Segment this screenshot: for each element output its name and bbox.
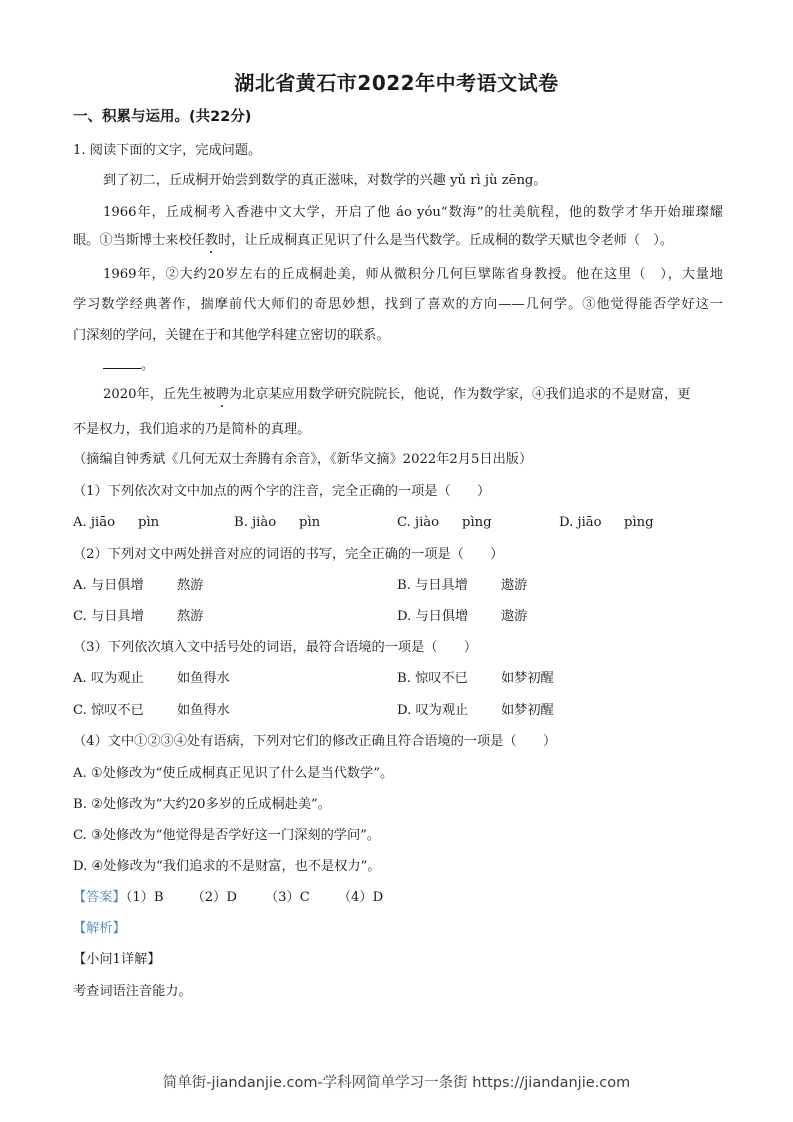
- option-c[interactable]: C. 惊叹不已 如鱼得水: [73, 702, 144, 720]
- option-d[interactable]: D. 与日俱增 遨游: [397, 608, 468, 626]
- option-label: C. 与日具增: [73, 609, 144, 624]
- option-second: 熬游: [177, 577, 203, 595]
- question-2-prompt: （2）下列对文中两处拼音对应的词语的书写，完全正确的一项是（ ）: [73, 546, 503, 564]
- answer-tag: 【答案】: [73, 890, 126, 905]
- option-second: 如梦初醒: [501, 702, 554, 720]
- section-heading: 一、积累与运用。(共22分): [73, 108, 251, 126]
- passage-paragraph-2-line-2: 眼。①当斯博士来校任教时，让丘成桐真正见识了什么是当代数学。丘成桐的数学天赋也令…: [73, 232, 673, 250]
- question-4-option-d[interactable]: D. ④处修改为“我们追求的不是财富，也不是权力”。: [73, 858, 381, 876]
- question-4-prompt: （4）文中①②③④处有语病，下列对它们的修改正确且符合语境的一项是（ ）: [73, 733, 556, 751]
- option-b[interactable]: B. 与日具增 遨游: [397, 577, 468, 595]
- text-segment: 眼。①当斯博士来校任: [73, 233, 205, 248]
- analysis-text: 考查词语注音能力。: [73, 983, 192, 1001]
- option-label: B. jiào: [234, 515, 276, 530]
- option-second: 如鱼得水: [177, 702, 230, 720]
- option-label: D. 与日俱增: [397, 609, 468, 624]
- answer-item: （2）D: [192, 890, 237, 905]
- option-second: 如梦初醒: [501, 670, 554, 688]
- option-d[interactable]: D. 叹为观止 如梦初醒: [397, 702, 468, 720]
- option-a[interactable]: A. 叹为观止 如鱼得水: [73, 670, 144, 688]
- question-1-prompt: （1）下列依次对文中加点的两个字的注音，完全正确的一项是（ ）: [73, 483, 490, 501]
- option-second: 如鱼得水: [177, 670, 230, 688]
- answer-item: （4）D: [338, 890, 383, 905]
- option-label: D. jiāo: [559, 515, 602, 530]
- passage-paragraph-3-line-2: 学习数学经典著作，揣摩前代大师们的奇思妙想，找到了喜欢的方向——几何学。③他觉得…: [73, 296, 723, 314]
- page-title: 湖北省黄石市2022年中考语文试卷: [0, 67, 793, 96]
- option-label: C. jiào: [397, 515, 439, 530]
- passage-paragraph-3-line-3: 门深刻的学问，关键在于和其他学科建立密切的联系。: [73, 327, 390, 345]
- option-second: pìn: [299, 514, 320, 532]
- passage-paragraph-4-line-1: 2020年，丘先生被聘为北京某应用数学研究院院长，他说，作为数学家，④我们追求的…: [103, 386, 723, 404]
- fill-in-blank: 。: [103, 357, 154, 375]
- analysis-sub-heading: 【小问1详解】: [73, 951, 161, 969]
- option-a[interactable]: A. 与日俱增 熬游: [73, 577, 144, 595]
- blank-suffix: 。: [141, 358, 154, 373]
- option-label: B. 惊叹不已: [397, 671, 468, 686]
- question-intro: 1. 阅读下面的文字，完成问题。: [73, 142, 261, 160]
- text-segment: 2020年，丘先生被: [103, 387, 216, 402]
- option-a[interactable]: A. jiāo pìn: [73, 514, 115, 532]
- passage-paragraph-3-line-1: 1969年，②大约20岁左右的丘成桐赴美，师从微积分几何巨擘陈省身教授。他在这里…: [103, 266, 723, 284]
- question-3-prompt: （3）下列依次填入文中括号处的词语，最符合语境的一项是（ ）: [73, 639, 477, 657]
- option-c[interactable]: C. 与日具增 熬游: [73, 608, 144, 626]
- option-b[interactable]: B. jiào pìn: [234, 514, 276, 532]
- passage-paragraph-1: 到了初二，丘成桐开始尝到数学的真正滋味，对数学的兴趣 yǔ rì jù zēng…: [103, 172, 547, 190]
- option-label: D. 叹为观止: [397, 703, 468, 718]
- answer-item: （1）B: [126, 890, 164, 905]
- option-second: 熬游: [177, 608, 203, 626]
- option-second: pìng: [462, 514, 492, 532]
- option-second: 遨游: [501, 577, 527, 595]
- text-segment: 为北京某应用数学研究院院长，他说，作为数学家，④我们追求的不是财富，更: [229, 387, 691, 402]
- option-second: 遨游: [501, 608, 527, 626]
- option-second: pìn: [138, 514, 159, 532]
- option-d[interactable]: D. jiāo pìng: [559, 514, 602, 532]
- option-label: A. jiāo: [73, 515, 115, 530]
- option-label: A. 与日俱增: [73, 578, 144, 593]
- emphasis-dot-char: 聘: [216, 387, 229, 402]
- question-4-option-a[interactable]: A. ①处修改为“使丘成桐真正见识了什么是当代数学”。: [73, 765, 393, 783]
- footer-watermark: 简单街-jiandanjie.com-学科网简单学习一条街 https://ji…: [0, 1071, 793, 1092]
- text-segment: 时，让丘成桐真正见识了什么是当代数学。丘成桐的数学天赋也令老师（ ）。: [218, 233, 673, 248]
- question-4-option-c[interactable]: C. ③处修改为“他觉得是否学好这一门深刻的学问”。: [73, 827, 380, 845]
- answer-item: （3）C: [265, 890, 310, 905]
- option-c[interactable]: C. jiào pìng: [397, 514, 439, 532]
- emphasis-dot-char: 教: [205, 233, 218, 248]
- option-b[interactable]: B. 惊叹不已 如梦初醒: [397, 670, 468, 688]
- question-4-option-b[interactable]: B. ②处修改为“大约20多岁的丘成桐赴美”。: [73, 796, 331, 814]
- option-second: pìng: [624, 514, 654, 532]
- blank-underline: [103, 358, 141, 369]
- answer-line: 【答案】（1）B（2）D（3）C（4）D: [73, 889, 383, 907]
- option-label: B. 与日具增: [397, 578, 468, 593]
- analysis-tag: 【解析】: [73, 920, 126, 938]
- passage-source: （摘编自钟秀斌《几何无双士奔腾有余音》，《新华文摘》2022年2月5日出版）: [73, 451, 532, 469]
- passage-paragraph-4-line-2: 不是权力，我们追求的乃是简朴的真理。: [73, 421, 310, 439]
- option-label: A. 叹为观止: [73, 671, 144, 686]
- option-label: C. 惊叹不已: [73, 703, 144, 718]
- passage-paragraph-2-line-1: 1966年，丘成桐考入香港中文大学，开启了他 áo yóu“数海”的壮美航程，他…: [103, 204, 723, 222]
